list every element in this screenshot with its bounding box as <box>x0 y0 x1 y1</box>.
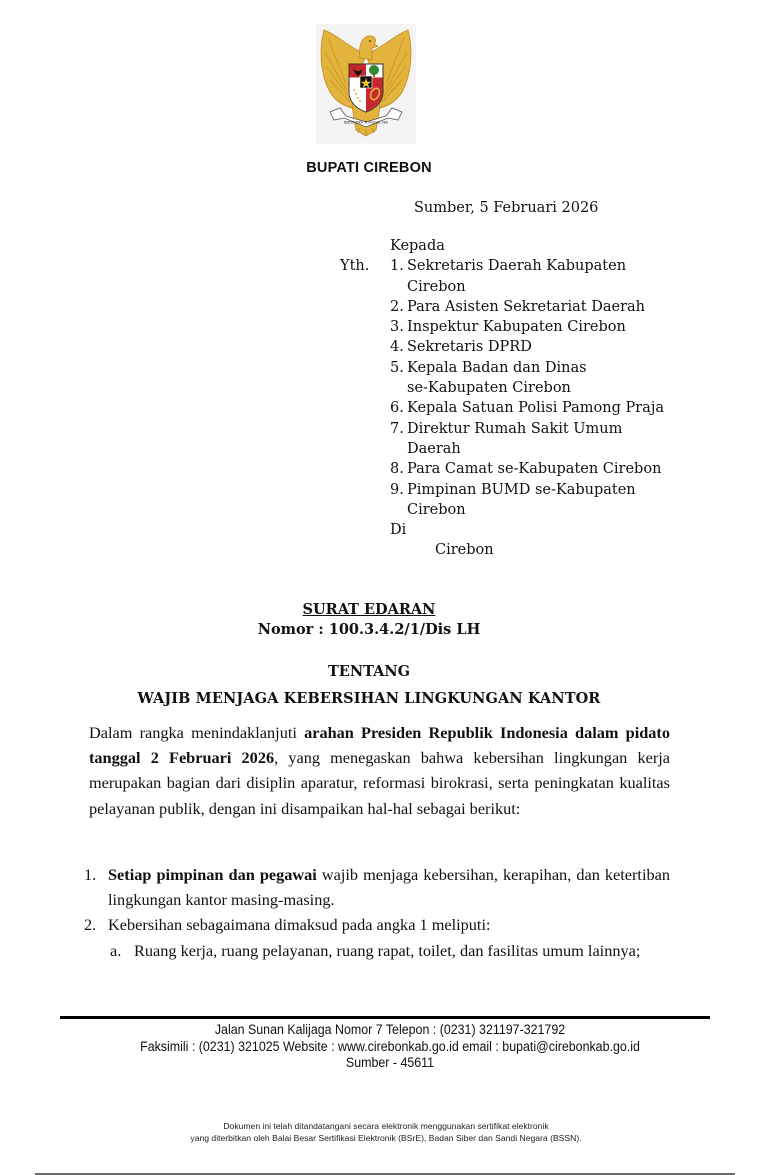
addressee-block: Kepada Yth.1.Sekretaris Daerah Kabupaten… <box>340 236 680 561</box>
recipient-text: se-Kabupaten Cirebon <box>407 378 571 398</box>
subpoint-text: Ruang kerja, ruang pelayanan, ruang rapa… <box>134 941 640 960</box>
org-title: BUPATI CIREBON <box>0 160 738 176</box>
recipient-text: Pimpinan BUMD se-Kabupaten <box>407 480 636 500</box>
subpoint-item: a.Ruang kerja, ruang pelayanan, ruang ra… <box>84 938 670 963</box>
recipient-item: 8.Para Camat se-Kabupaten Cirebon <box>340 459 680 479</box>
recipient-text: Kepala Satuan Polisi Pamong Praja <box>407 398 664 418</box>
intro-prefix: Dalam rangka menindaklanjuti <box>89 723 304 742</box>
recipient-number: 5. <box>390 358 404 378</box>
recipient-item: Daerah <box>340 439 680 459</box>
points-list: 1.Setiap pimpinan dan pegawai wajib menj… <box>84 862 670 963</box>
recipient-item: Cirebon <box>340 277 680 297</box>
footer-address: Jalan Sunan Kalijaga Nomor 7 Telepon : (… <box>68 1022 712 1072</box>
recipient-item: 6.Kepala Satuan Polisi Pamong Praja <box>340 398 680 418</box>
point-item: 1.Setiap pimpinan dan pegawai wajib menj… <box>84 862 670 912</box>
recipient-item: Yth.1.Sekretaris Daerah Kabupaten <box>340 256 680 276</box>
recipient-item: 4.Sekretaris DPRD <box>340 337 680 357</box>
place-date: Sumber, 5 Februari 2026 <box>414 200 598 216</box>
point-text: Kebersihan sebagaimana dimaksud pada ang… <box>108 915 491 934</box>
address-line-2: Faksimili : (0231) 321025 Website : www.… <box>68 1039 712 1056</box>
esign-line-1: Dokumen ini telah ditandatangani secara … <box>0 1120 768 1132</box>
recipient-number: 8. <box>390 459 404 479</box>
garuda-pancasila-emblem-icon: BHINNEKA TUNGGAL IKA <box>316 24 416 144</box>
kepada-label: Kepada <box>340 236 680 256</box>
recipient-number: 9. <box>390 480 404 500</box>
recipient-item: se-Kabupaten Cirebon <box>340 378 680 398</box>
recipient-text: Inspektur Kabupaten Cirebon <box>407 317 626 337</box>
document-number: Nomor : 100.3.4.2/1/Dis LH <box>0 621 738 638</box>
recipient-text: Direktur Rumah Sakit Umum <box>407 419 622 439</box>
recipient-item: Cirebon <box>340 500 680 520</box>
point-marker: 2. <box>84 912 96 937</box>
recipient-number: 2. <box>390 297 404 317</box>
recipient-text: Kepala Badan dan Dinas <box>407 358 587 378</box>
recipient-text: Sekretaris DPRD <box>407 337 532 357</box>
recipient-text: Sekretaris Daerah Kabupaten <box>407 256 626 276</box>
document-subject: WAJIB MENJAGA KEBERSIHAN LINGKUNGAN KANT… <box>0 690 738 707</box>
point-marker: 1. <box>84 862 96 887</box>
recipient-text: Para Camat se-Kabupaten Cirebon <box>407 459 661 479</box>
address-line-1: Jalan Sunan Kalijaga Nomor 7 Telepon : (… <box>68 1022 712 1039</box>
recipient-text: Para Asisten Sekretariat Daerah <box>407 297 645 317</box>
esign-line-2: yang diterbitkan oleh Balai Besar Sertif… <box>0 1132 768 1144</box>
recipient-item: 3.Inspektur Kabupaten Cirebon <box>340 317 680 337</box>
recipient-item: 2.Para Asisten Sekretariat Daerah <box>340 297 680 317</box>
recipient-text: Cirebon <box>407 500 466 520</box>
point-bold-text: Setiap pimpinan dan pegawai <box>108 865 317 884</box>
yth-label: Yth. <box>340 256 369 276</box>
recipient-text: Daerah <box>407 439 461 459</box>
recipient-number: 6. <box>390 398 404 418</box>
recipient-list: Yth.1.Sekretaris Daerah KabupatenCirebon… <box>340 256 680 520</box>
svg-text:BHINNEKA TUNGGAL IKA: BHINNEKA TUNGGAL IKA <box>344 121 388 125</box>
recipient-text: Cirebon <box>407 277 466 297</box>
footer-divider <box>60 1016 710 1019</box>
point-item: 2.Kebersihan sebagaimana dimaksud pada a… <box>84 912 670 937</box>
recipient-number: 1. <box>390 256 404 276</box>
subpoint-marker: a. <box>110 938 121 963</box>
recipient-item: 7.Direktur Rumah Sakit Umum <box>340 419 680 439</box>
recipient-item: 5.Kepala Badan dan Dinas <box>340 358 680 378</box>
recipient-number: 3. <box>390 317 404 337</box>
intro-paragraph: Dalam rangka menindaklanjuti arahan Pres… <box>89 720 670 821</box>
di-place: Cirebon <box>340 540 680 560</box>
di-label: Di <box>340 520 680 540</box>
document-type-title: SURAT EDARAN <box>0 601 738 618</box>
recipient-number: 4. <box>390 337 404 357</box>
about-label: TENTANG <box>0 663 738 680</box>
recipient-item: 9.Pimpinan BUMD se-Kabupaten <box>340 480 680 500</box>
recipient-number: 7. <box>390 419 404 439</box>
address-line-3: Sumber - 45611 <box>68 1055 712 1072</box>
esignature-note: Dokumen ini telah ditandatangani secara … <box>0 1120 768 1144</box>
